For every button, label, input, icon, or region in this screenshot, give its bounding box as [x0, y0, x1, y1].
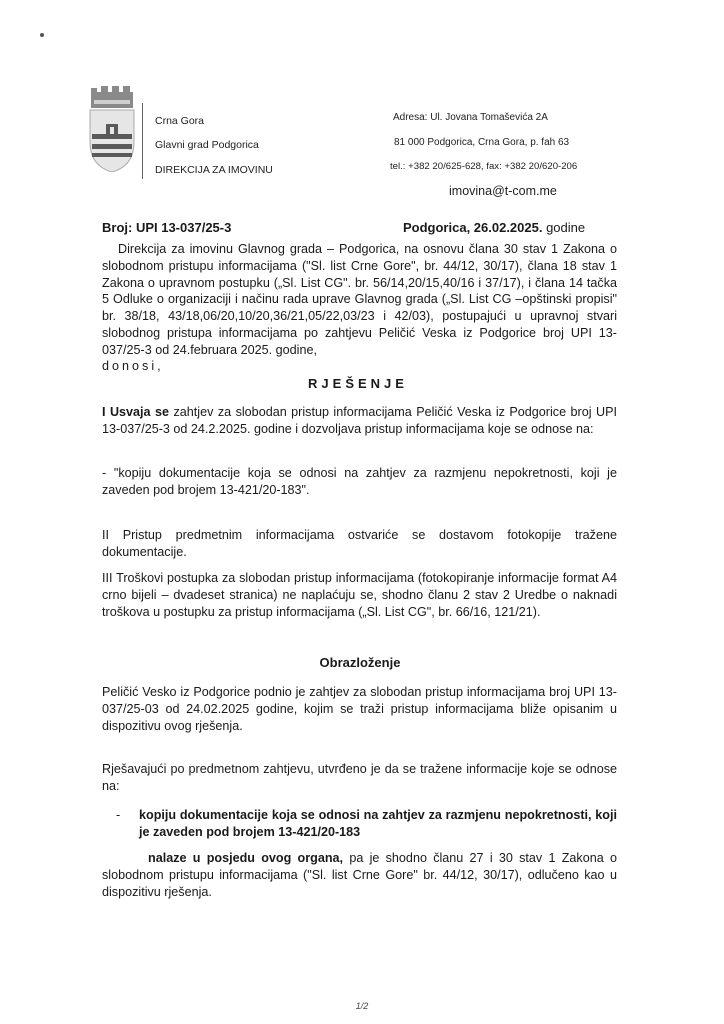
decision-point-3: III Troškovi postupka za slobodan pristu… [102, 570, 617, 620]
email-address: imovina@t-com.me [449, 184, 557, 198]
reference-number: Broj: UPI 13-037/25-3 [102, 220, 231, 235]
place-date: Podgorica, 26.02.2025. godine [403, 220, 585, 235]
para-3-lead: nalaze u posjedu ovog organa, [102, 851, 343, 865]
coat-of-arms-icon [88, 86, 136, 172]
list-dash: - [116, 807, 120, 824]
department-name: DIREKCIJA ZA IMOVINU [155, 164, 273, 176]
reasoning-paragraph-1: Peličić Vesko iz Podgorice podnio je zah… [102, 684, 617, 734]
date-suffix: godine [542, 220, 585, 235]
preamble-paragraph: Direkcija za imovinu Glavnog grada – Pod… [102, 241, 617, 359]
donosi-text: donosi, [102, 359, 164, 373]
reasoning-list-item: -kopiju dokumentacije koja se odnosi na … [139, 807, 617, 841]
point-1-lead: I Usvaja se [102, 405, 169, 419]
point-1-text: zahtjev za slobodan pristup informacijam… [102, 405, 617, 436]
reasoning-paragraph-2: Rješavajući po predmetnom zahtjevu, utvr… [102, 761, 617, 795]
phone-fax-line: tel.: +382 20/625-628, fax: +382 20/620-… [390, 161, 577, 172]
letterhead-divider [142, 103, 143, 179]
postal-line: 81 000 Podgorica, Crna Gora, p. fah 63 [394, 137, 569, 148]
city-name: Glavni grad Podgorica [155, 139, 259, 151]
scan-speck [40, 33, 44, 37]
reasoning-title: Obrazloženje [0, 655, 722, 670]
decision-point-1: I Usvaja se zahtjev za slobodan pristup … [102, 404, 617, 438]
decision-point-2: II Pristup predmetnim informacijama ostv… [102, 527, 617, 561]
decision-point-1-item: - "kopiju dokumentacije koja se odnosi n… [102, 465, 617, 499]
place-date-bold: Podgorica, 26.02.2025. [403, 220, 542, 235]
decision-title: RJEŠENJE [0, 376, 720, 391]
page-number: 1/2 [0, 1001, 724, 1011]
country-name: Crna Gora [155, 115, 204, 127]
list-item-text: kopiju dokumentacije koja se odnosi na z… [139, 808, 617, 839]
reasoning-paragraph-3: nalaze u posjedu ovog organa, pa je shod… [102, 850, 617, 900]
address-line: Adresa: Ul. Jovana Tomaševića 2A [393, 112, 548, 123]
